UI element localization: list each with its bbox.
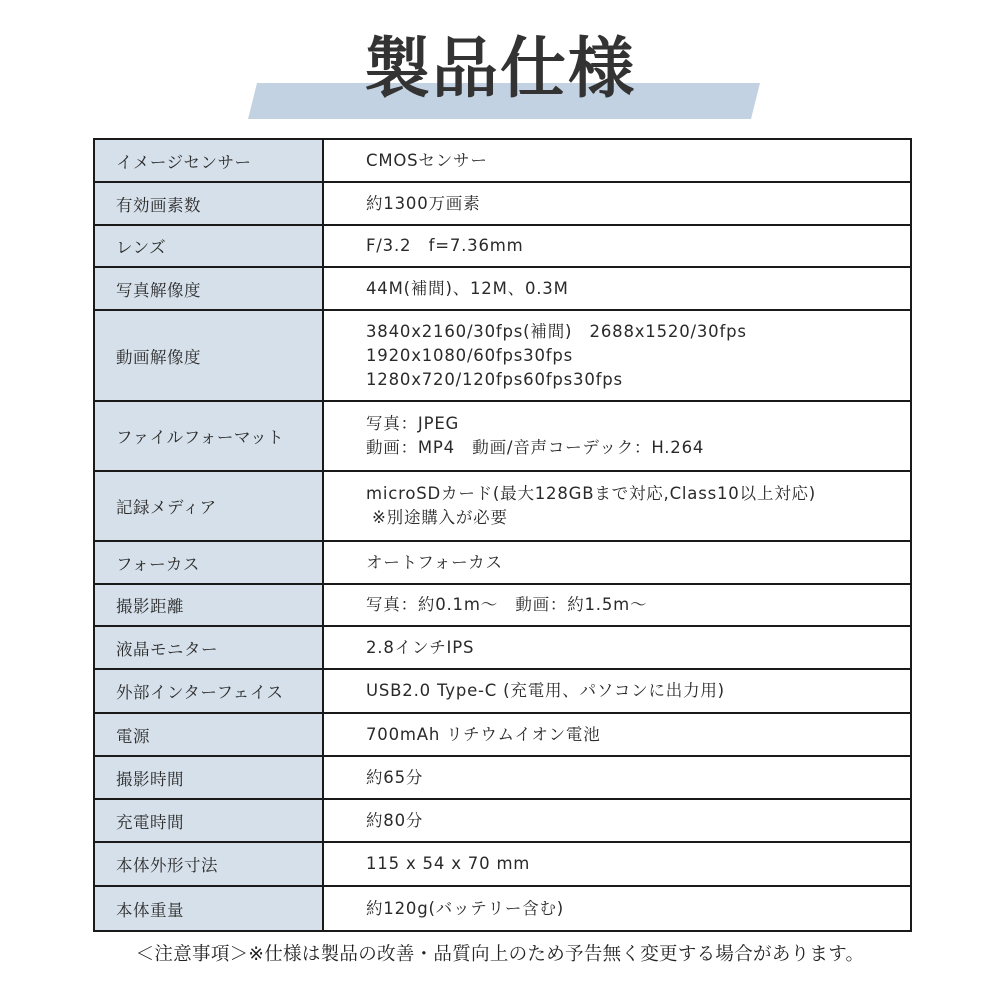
spec-value-line: 44M(補間)、12M、0.3M (366, 277, 910, 301)
spec-value-line: 写真：JPEG (366, 412, 910, 436)
spec-row: 液晶モニター2.8インチIPS (95, 627, 910, 670)
spec-value: USB2.0 Type-C (充電用、パソコンに出力用) (324, 670, 910, 712)
spec-label: レンズ (95, 226, 324, 266)
spec-value: 2.8インチIPS (324, 627, 910, 668)
spec-row: 外部インターフェイスUSB2.0 Type-C (充電用、パソコンに出力用) (95, 670, 910, 714)
spec-label: 充電時間 (95, 800, 324, 841)
spec-value-line: 約80分 (366, 809, 910, 833)
spec-value: 44M(補間)、12M、0.3M (324, 268, 910, 309)
spec-label: 液晶モニター (95, 627, 324, 668)
spec-label: 外部インターフェイス (95, 670, 324, 712)
spec-value-line: 写真：約0.1m～ 動画：約1.5m～ (366, 593, 910, 617)
spec-value-line: F/3.2 f=7.36mm (366, 234, 910, 258)
spec-label: 本体外形寸法 (95, 843, 324, 885)
spec-value: 115 x 54 x 70 mm (324, 843, 910, 885)
spec-row: フォーカスオートフォーカス (95, 542, 910, 585)
spec-label: 撮影距離 (95, 585, 324, 625)
spec-label: 電源 (95, 714, 324, 755)
spec-row: 充電時間約80分 (95, 800, 910, 843)
spec-value-line: 約1300万画素 (366, 192, 910, 216)
spec-label: 有効画素数 (95, 183, 324, 224)
spec-row: 本体外形寸法115 x 54 x 70 mm (95, 843, 910, 887)
spec-value-line: CMOSセンサー (366, 149, 910, 173)
spec-row: レンズF/3.2 f=7.36mm (95, 226, 910, 268)
spec-row: 撮影距離写真：約0.1m～ 動画：約1.5m～ (95, 585, 910, 627)
spec-label: フォーカス (95, 542, 324, 583)
spec-table: イメージセンサーCMOSセンサー有効画素数約1300万画素レンズF/3.2 f=… (93, 138, 912, 932)
spec-value-line: 動画：MP4 動画/音声コーデック：H.264 (366, 436, 910, 460)
spec-value: F/3.2 f=7.36mm (324, 226, 910, 266)
spec-row: 本体重量約120g(バッテリー含む) (95, 887, 910, 930)
spec-value: オートフォーカス (324, 542, 910, 583)
spec-value: CMOSセンサー (324, 140, 910, 181)
spec-value-line: 約120g(バッテリー含む) (366, 897, 910, 921)
spec-value: 約80分 (324, 800, 910, 841)
spec-row: ファイルフォーマット写真：JPEG動画：MP4 動画/音声コーデック：H.264 (95, 402, 910, 472)
spec-value-line: 2.8インチIPS (366, 636, 910, 660)
spec-value: 700mAh リチウムイオン電池 (324, 714, 910, 755)
spec-value: 写真：JPEG動画：MP4 動画/音声コーデック：H.264 (324, 402, 910, 470)
spec-value-line: 1920x1080/60fps30fps (366, 344, 910, 368)
spec-value-line: 3840x2160/30fps(補間) 2688x1520/30fps (366, 320, 910, 344)
spec-label: 本体重量 (95, 887, 324, 930)
spec-row: 有効画素数約1300万画素 (95, 183, 910, 226)
spec-row: 電源700mAh リチウムイオン電池 (95, 714, 910, 757)
spec-label: 動画解像度 (95, 311, 324, 400)
spec-value-line: 1280x720/120fps60fps30fps (366, 368, 910, 392)
disclaimer-note: ＜注意事項＞※仕様は製品の改善・品質向上のため予告無く変更する場合があります。 (0, 941, 1000, 969)
spec-row: 撮影時間約65分 (95, 757, 910, 800)
spec-row: イメージセンサーCMOSセンサー (95, 140, 910, 183)
spec-value-line: ※別途購入が必要 (366, 506, 910, 530)
spec-value: 約1300万画素 (324, 183, 910, 224)
spec-label: 記録メディア (95, 472, 324, 540)
spec-value-line: USB2.0 Type-C (充電用、パソコンに出力用) (366, 679, 910, 703)
spec-value: 約65分 (324, 757, 910, 798)
spec-value: 約120g(バッテリー含む) (324, 887, 910, 930)
spec-value: 3840x2160/30fps(補間) 2688x1520/30fps1920x… (324, 311, 910, 400)
spec-value-line: オートフォーカス (366, 551, 910, 575)
spec-value-line: 115 x 54 x 70 mm (366, 852, 910, 876)
spec-label: 写真解像度 (95, 268, 324, 309)
spec-label: ファイルフォーマット (95, 402, 324, 470)
spec-row: 動画解像度3840x2160/30fps(補間) 2688x1520/30fps… (95, 311, 910, 402)
page-title: 製品仕様 (0, 26, 1000, 112)
spec-value-line: 700mAh リチウムイオン電池 (366, 723, 910, 747)
spec-row: 記録メディアmicroSDカード(最大128GBまで対応,Class10以上対応… (95, 472, 910, 542)
spec-label: 撮影時間 (95, 757, 324, 798)
spec-value-line: 約65分 (366, 766, 910, 790)
spec-value: 写真：約0.1m～ 動画：約1.5m～ (324, 585, 910, 625)
spec-row: 写真解像度44M(補間)、12M、0.3M (95, 268, 910, 311)
spec-value-line: microSDカード(最大128GBまで対応,Class10以上対応) (366, 482, 910, 506)
spec-label: イメージセンサー (95, 140, 324, 181)
spec-value: microSDカード(最大128GBまで対応,Class10以上対応) ※別途購… (324, 472, 910, 540)
